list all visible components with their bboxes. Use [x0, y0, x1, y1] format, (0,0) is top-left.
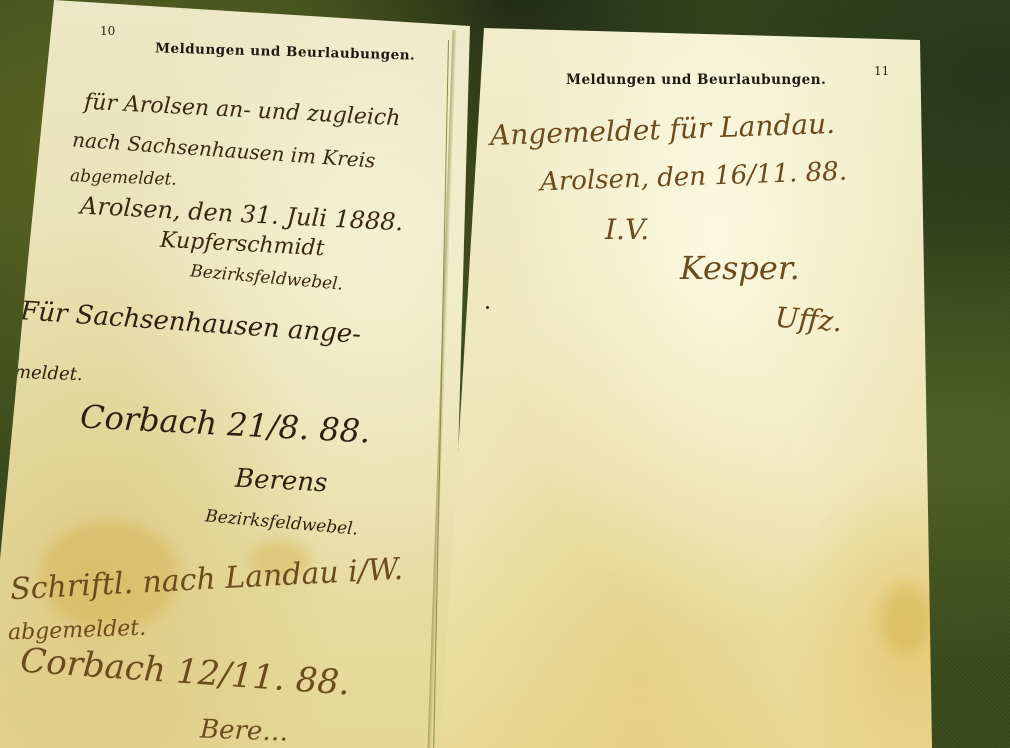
handwritten-line: abgemeldet. — [70, 168, 177, 189]
ink-speck — [486, 306, 489, 309]
handwritten-line: nach Sachsenhausen im Kreis — [72, 129, 376, 170]
running-head: Meldungen und Beurlaubungen. — [155, 40, 416, 63]
paper-stain — [880, 584, 930, 654]
page-number: 11 — [874, 64, 889, 78]
signature: Kesper. — [680, 252, 800, 284]
handwritten-line: für Arolsen an- und zugleich — [84, 92, 401, 131]
handwritten-line: Corbach 21/8. 88. — [79, 400, 371, 447]
signature: Bere… — [200, 716, 289, 745]
running-head: Meldungen und Beurlaubungen. — [566, 72, 826, 88]
handwritten-line: Bezirksfeldwebel. — [190, 263, 344, 293]
handwritten-line: Corbach 12/11. 88. — [19, 644, 351, 701]
signature: Kupferschmidt — [160, 230, 325, 261]
handwritten-line: Arolsen, den 16/11. 88. — [540, 159, 848, 196]
handwritten-line: Arolsen, den 31. Juli 1888. — [80, 194, 404, 235]
left-page: 10 Meldungen und Beurlaubungen. für Arol… — [0, 0, 470, 748]
page-number: 10 — [100, 24, 115, 38]
handwritten-line: Angemeldet für Landau. — [490, 110, 836, 150]
handwritten-line: Für Sachsenhausen ange- — [20, 298, 362, 348]
handwritten-line: I.V. — [605, 216, 649, 244]
handwritten-line: Bezirksfeldwebel. — [205, 508, 359, 538]
rank-abbreviation: Uffz. — [774, 304, 843, 337]
signature: Berens — [234, 466, 328, 497]
handwritten-line: meldet. — [14, 364, 83, 384]
right-page: 11 Meldungen und Beurlaubungen. Angemeld… — [440, 24, 940, 748]
